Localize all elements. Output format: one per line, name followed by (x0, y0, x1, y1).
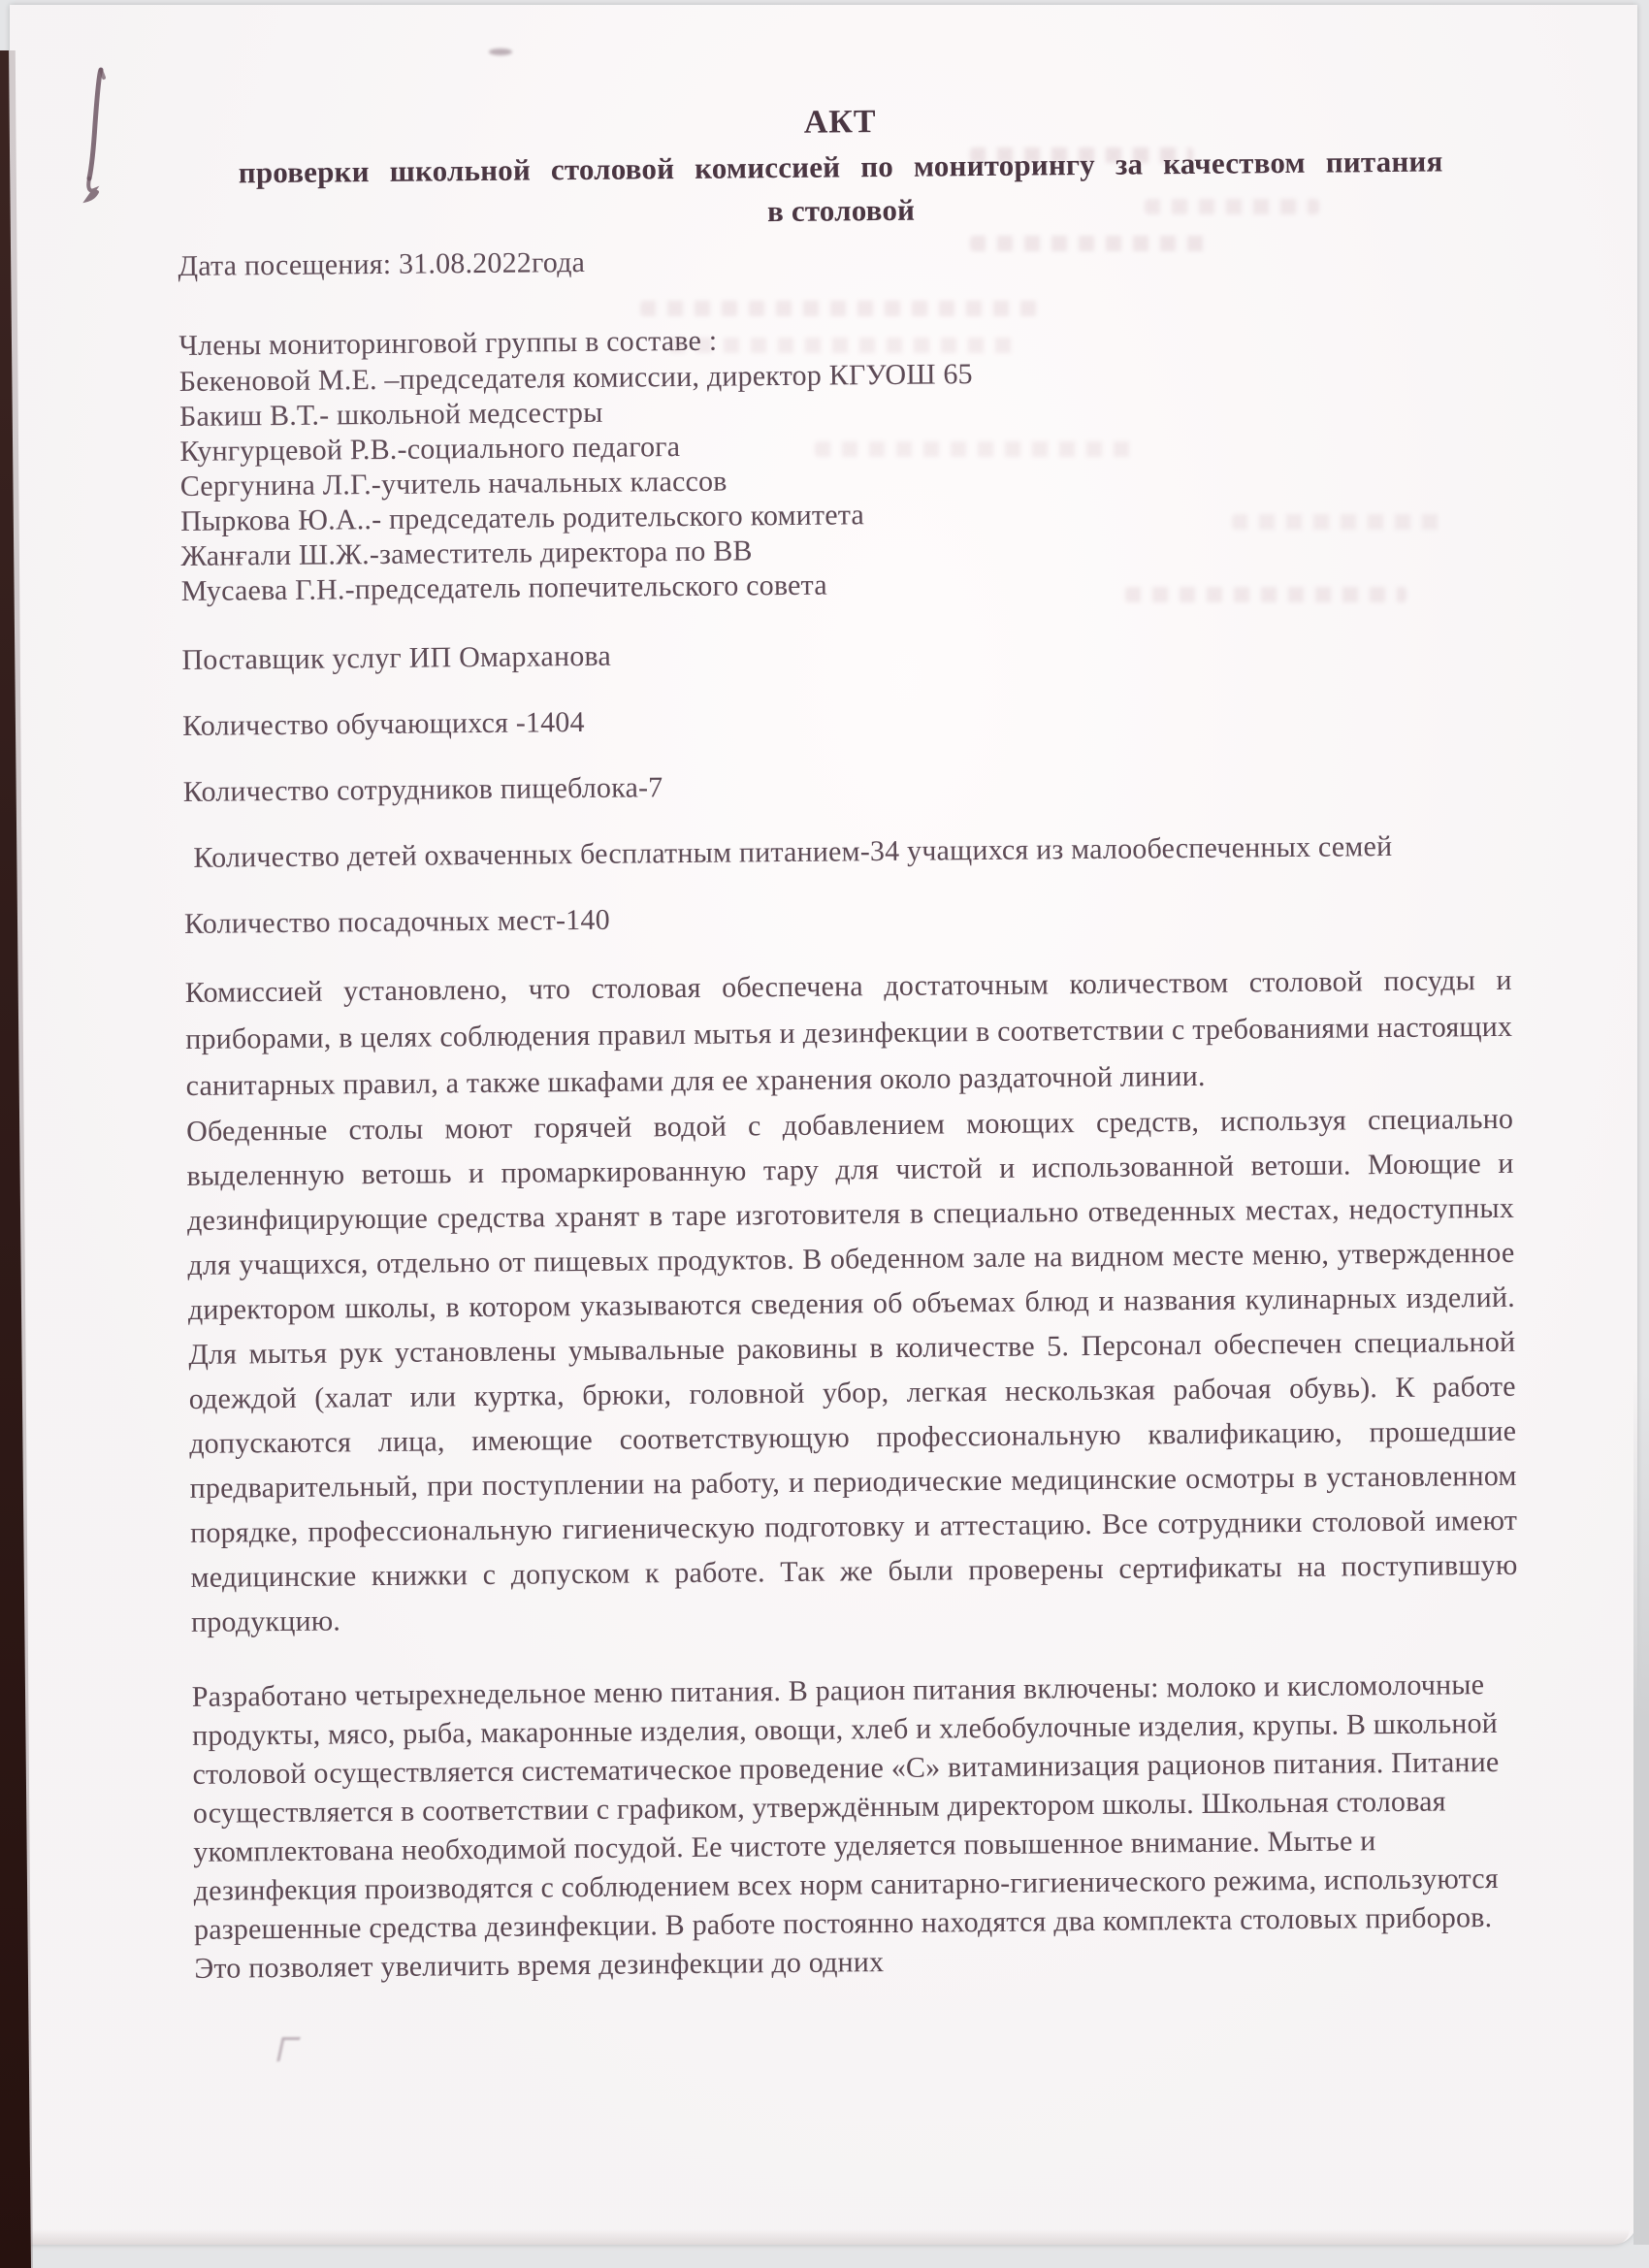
paragraph-hygiene: Обеденные столы моют горячей водой с доб… (186, 1097, 1518, 1645)
scanned-document-screenshot: { "document": { "title": "АКТ", "subtitl… (0, 0, 1649, 2268)
paragraph-menu: Разработано четырехнедельное меню питани… (192, 1666, 1522, 1989)
scan-edge-right-strip (1633, 1372, 1649, 2245)
free-meal-children-count: Количество детей охваченных бесплатным п… (183, 827, 1510, 877)
students-count: Количество обучающихся -1404 (182, 696, 1509, 745)
seats-count: Количество посадочных мест-140 (184, 893, 1511, 943)
kitchen-staff-count: Количество сотрудников пищеблока-7 (183, 761, 1510, 811)
paragraph-findings: Комиссией установлено, что столовая обес… (185, 957, 1513, 1110)
ink-smudge (489, 49, 512, 55)
visit-date: Дата посещения: 31.08.2022года (178, 236, 1504, 285)
supplier-line: Поставщик услуг ИП Омарханова (181, 630, 1508, 679)
page-bottom-shadow (29, 2229, 1630, 2245)
pen-stroke-mark (78, 64, 111, 210)
document-body: АКТ проверки школьной столовой комиссией… (177, 94, 1522, 1989)
